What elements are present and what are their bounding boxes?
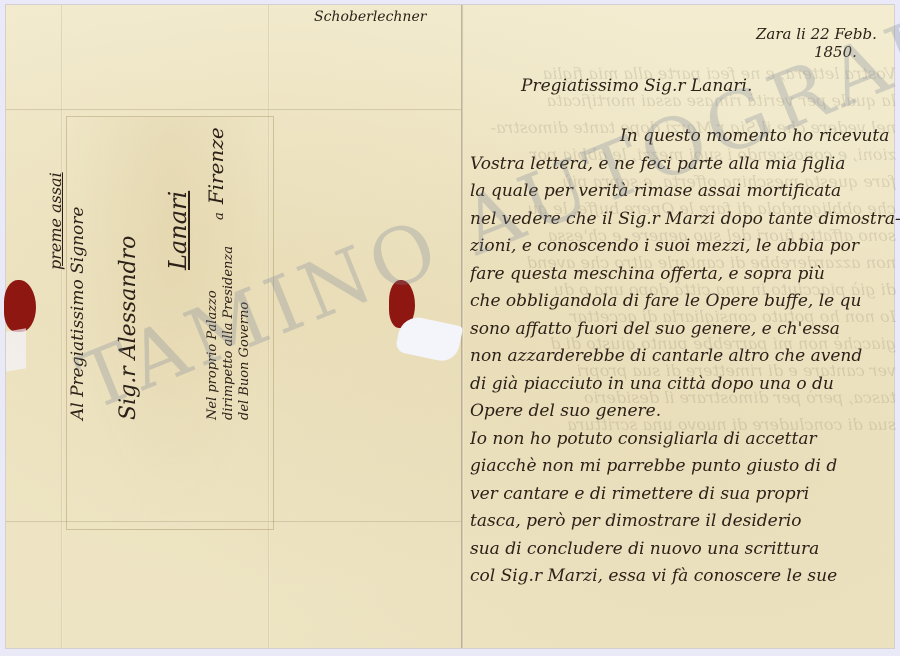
body-line: non azzarderebbe di cantarle altro che a… bbox=[470, 343, 900, 371]
torn-paper bbox=[395, 314, 464, 364]
body-line: fare questa meschina offerta, e sopra pi… bbox=[470, 261, 900, 289]
body-line: tasca, però per dimostrare il desiderio bbox=[470, 508, 900, 536]
body-line: sono affatto fuori del suo genere, e ch'… bbox=[470, 316, 900, 344]
fold-line bbox=[61, 5, 63, 648]
body-line: ver cantare e di rimettere di sua propri bbox=[470, 481, 900, 509]
body-line: giacchè non mi parrebbe punto giusto di … bbox=[470, 453, 900, 481]
recipient-docket-name: Schoberlechner bbox=[314, 9, 426, 25]
urgent-note: preme assai bbox=[48, 172, 64, 270]
body-line: col Sig.r Marzi, essa vi fà conoscere le… bbox=[470, 563, 900, 591]
letter-sheet: Vostra lettera, e ne feci parte alla mia… bbox=[6, 5, 894, 648]
body-line: Opere del suo genere. bbox=[470, 398, 900, 426]
body-line: di già piacciuto in una città dopo una o… bbox=[470, 371, 900, 399]
body-line: che obbligandola di fare le Opere buffe,… bbox=[470, 288, 900, 316]
body-line: Io non ho potuto consigliarla di accetta… bbox=[470, 426, 900, 454]
address-recipient-surname: Lanari bbox=[166, 191, 190, 270]
wax-seal bbox=[4, 280, 36, 332]
body-line: sua di concludere di nuovo una scrittura bbox=[470, 536, 900, 564]
fold-line bbox=[6, 109, 461, 111]
address-city: aFirenze bbox=[206, 127, 226, 220]
torn-paper bbox=[6, 328, 26, 372]
